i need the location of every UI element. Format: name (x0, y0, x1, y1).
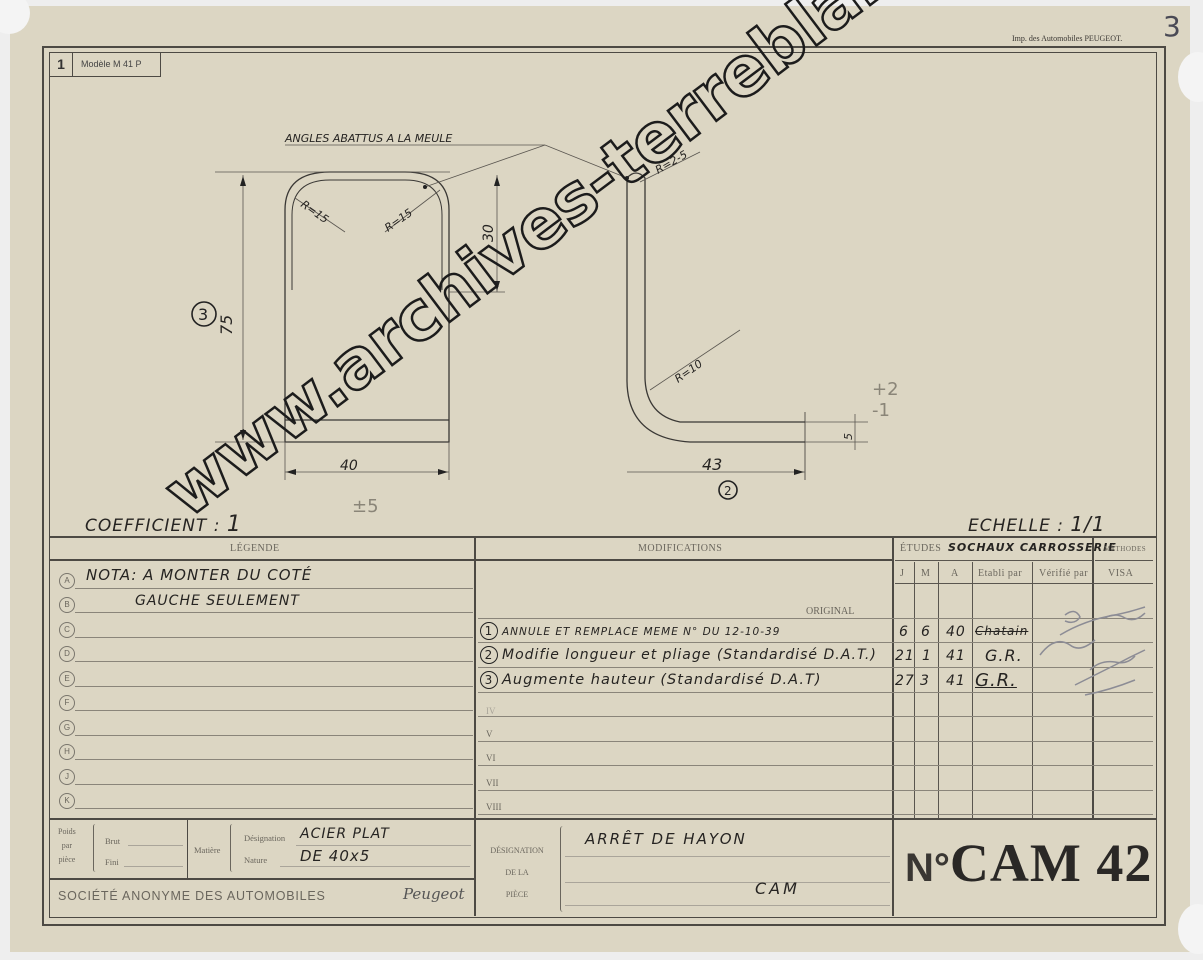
mod-text: Modifie longueur et pliage (Standardisé … (502, 647, 877, 663)
legend-note-line1: NOTA: A MONTER DU COTÉ (86, 566, 312, 584)
weight-label-2: par (58, 839, 76, 853)
legend-letter-j: J (59, 769, 75, 785)
rule (75, 637, 473, 638)
radius-right-label: R=15 (382, 206, 415, 234)
rule (75, 759, 473, 760)
legend-letter-a: A (59, 573, 75, 589)
mod-etudes-divider (892, 536, 894, 916)
row3-year: 41 (946, 673, 966, 689)
mod-roman-vi: VI (486, 753, 496, 763)
rule (478, 790, 1153, 791)
mod-roman-vii: VII (486, 778, 499, 788)
legend-letter-g: G (59, 720, 75, 736)
mod-number: 2 (480, 646, 498, 664)
rule (75, 735, 473, 736)
row3-day: 27 (895, 673, 915, 689)
drawing-note: ANGLES ABATTUS A LA MEULE (284, 132, 452, 145)
scale-value: 1/1 (1070, 512, 1105, 536)
piece-line (565, 856, 890, 857)
col-verifie: Vérifié par (1039, 568, 1088, 579)
material-designation: ACIER PLAT (300, 826, 390, 842)
height-dim: 75 (217, 315, 236, 335)
rule (75, 710, 473, 711)
rule (75, 588, 473, 589)
col-m: M (921, 568, 930, 579)
legend-letter-d: D (59, 646, 75, 662)
matiere-label: Matière (194, 845, 220, 855)
piece-line (565, 882, 890, 883)
company-divider (50, 878, 475, 880)
col-line (938, 562, 939, 818)
row2-day: 21 (895, 648, 915, 664)
lower-block-border (50, 818, 1156, 820)
piece-family: CAM (755, 879, 800, 898)
row2-year: 41 (946, 648, 966, 664)
methodes-header: MÉTHODES (1104, 545, 1146, 553)
rule (75, 784, 473, 785)
nature-label: Nature (244, 855, 267, 865)
row1-year: 40 (946, 624, 966, 640)
etudes-department: SOCHAUX CARROSSERIE (948, 541, 1117, 554)
modification-row-1: 1ANNULE ET REMPLACE MEME N° DU 12-10-39 (480, 622, 780, 640)
piece-line (565, 905, 890, 906)
piece-designation-label: DÉSIGNATION DE LA PIÈCE (485, 840, 549, 906)
width-dim: 40 (340, 458, 358, 474)
cols-divider (895, 583, 1153, 584)
col-a: A (951, 568, 959, 579)
row1-day: 6 (899, 624, 909, 640)
row3-month: 3 (920, 673, 930, 689)
visa-signatures (1035, 600, 1155, 700)
weight-label-1: Poids (58, 825, 76, 839)
brace (230, 824, 235, 872)
fini-line (124, 866, 183, 867)
legend-mod-divider (474, 536, 476, 916)
piece-label-3: PIÈCE (485, 884, 549, 906)
width-tolerance: ±5 (352, 496, 379, 517)
row3-etabli: G.R. (975, 670, 1017, 691)
titleblock-top-border (50, 536, 1156, 538)
row2-etabli: G.R. (985, 646, 1023, 665)
piece-label-2: DE LA (485, 862, 549, 884)
rule (75, 686, 473, 687)
row2-month: 1 (922, 648, 932, 664)
methodes-line (1095, 560, 1153, 561)
col-j: J (900, 568, 904, 579)
col-line (1032, 562, 1033, 818)
tolerance-lower: -1 (872, 400, 890, 421)
material-nature: DE 40x5 (300, 847, 370, 865)
peugeot-logo: Peugeot (403, 885, 465, 903)
legend-letter-c: C (59, 622, 75, 638)
fini-label: Fini (105, 857, 119, 867)
part-number: N°CAM 42 (905, 832, 1152, 894)
brut-line (128, 845, 183, 846)
legend-letter-h: H (59, 744, 75, 760)
brace (93, 824, 98, 872)
col-line (972, 562, 973, 818)
tolerance-upper: +2 (872, 379, 899, 400)
mod-marker-height: 3 (198, 305, 208, 324)
header-divider (50, 559, 893, 561)
mod-number: 1 (480, 622, 498, 640)
part-number-code: CAM 42 (950, 833, 1152, 893)
mod-text: ANNULE ET REMPLACE MEME N° DU 12-10-39 (502, 626, 780, 638)
etudes-header: ÉTUDES (900, 543, 941, 554)
legend-header: LÉGENDE (230, 543, 280, 554)
piece-name: ARRÊT DE HAYON (585, 830, 747, 848)
etudes-divider (895, 560, 1093, 561)
designation-line (296, 845, 471, 846)
legend-letter-k: K (59, 793, 75, 809)
rule (478, 716, 1153, 717)
mod-marker-length: 2 (724, 484, 732, 498)
row1-etabli: Chatain (975, 624, 1028, 638)
length-dim: 43 (702, 455, 722, 474)
rule (75, 612, 473, 613)
rule (75, 808, 473, 809)
mod-text: Augmente hauteur (Standardisé D.A.T) (502, 672, 821, 688)
mod-roman-v: V (486, 729, 493, 739)
col-visa: VISA (1108, 568, 1133, 579)
scale-label: ECHELLE : (968, 516, 1064, 536)
brace (560, 826, 566, 912)
modification-row-2: 2Modifie longueur et pliage (Standardisé… (480, 646, 877, 664)
weight-label: Poids par pièce (58, 825, 76, 867)
mod-roman-viii: VIII (486, 802, 502, 812)
col-line (914, 562, 915, 818)
legend-letter-f: F (59, 695, 75, 711)
weight-label-3: pièce (58, 853, 76, 867)
rule (478, 765, 1153, 766)
mod-number: 3 (480, 671, 498, 689)
company-name: SOCIÉTÉ ANONYME DES AUTOMOBILES (58, 889, 326, 903)
original-label: ORIGINAL (806, 606, 854, 617)
piece-label-1: DÉSIGNATION (485, 840, 549, 862)
radius-left-label: R=15 (298, 198, 331, 226)
rule (478, 741, 1153, 742)
rule (75, 661, 473, 662)
modification-row-3: 3Augmente hauteur (Standardisé D.A.T) (480, 671, 821, 689)
mod-roman-iv: IV (486, 706, 496, 716)
modifications-header: MODIFICATIONS (638, 543, 722, 554)
rule (478, 814, 1153, 815)
part-number-prefix: N° (905, 846, 950, 890)
legend-letter-e: E (59, 671, 75, 687)
scale: ECHELLE : 1/1 (968, 512, 1106, 536)
poids-matiere-divider (187, 820, 188, 878)
nature-line (280, 866, 470, 867)
col-etabli: Etabli par (978, 568, 1022, 579)
thickness-dim: 5 (842, 433, 855, 440)
coefficient-value: 1 (227, 512, 242, 537)
legend-note-line2: GAUCHE SEULEMENT (135, 593, 300, 609)
designation-label: Désignation (244, 833, 285, 843)
radius-bend-label: R=10 (672, 357, 705, 385)
legend-letter-b: B (59, 597, 75, 613)
row1-month: 6 (921, 624, 931, 640)
brut-label: Brut (105, 836, 120, 846)
